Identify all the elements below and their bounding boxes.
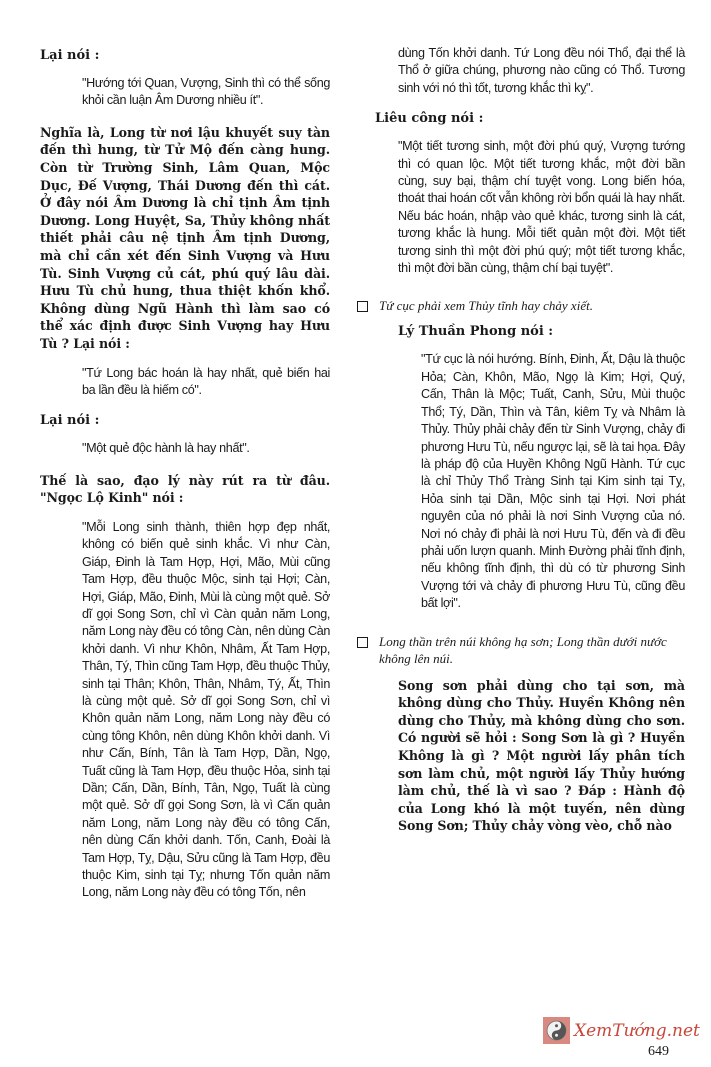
body-paragraph: Thế là sao, đạo lý này rút ra từ đâu. "N… [40,472,330,507]
quote-block: "Tứ Long bác hoán là hay nhất, quẻ biến … [82,365,330,400]
quote-block: "Một tiết tương sinh, một đời phú quý, V… [398,138,685,277]
heading-lai-noi-2: Lại nói : [40,413,330,428]
page-number: 649 [648,1044,669,1060]
left-column: Lại nói : "Hướng tới Quan, Vượng, Sinh t… [40,48,330,902]
section-bullet: Tứ cục phải xem Thủy tĩnh hay chảy xiết. [357,297,685,314]
heading-lai-noi-1: Lại nói : [40,48,330,63]
quote-block: "Một quẻ độc hành là hay nhất". [82,440,330,457]
yin-yang-icon [543,1017,570,1044]
book-page: Lại nói : "Hướng tới Quan, Vượng, Sinh t… [0,0,711,1067]
watermark: XemTướng.net [543,1017,700,1044]
body-paragraph: Song sơn phải dùng cho tại sơn, mà không… [398,677,685,835]
quote-block: "Hướng tới Quan, Vượng, Sinh thì có thể … [82,75,330,110]
section-title: Long thần trên núi không hạ sơn; Long th… [379,633,685,667]
quote-block: "Tứ cục là nói hướng. Bính, Đinh, Ất, Dậ… [421,351,685,612]
section-bullet: Long thần trên núi không hạ sơn; Long th… [357,633,685,667]
quote-continuation: dùng Tốn khởi danh. Tứ Long đều nói Thổ,… [398,45,685,97]
heading-lieu-cong-noi: Liêu công nói : [375,111,685,126]
square-bullet-icon [357,637,368,648]
right-column: dùng Tốn khởi danh. Tứ Long đều nói Thổ,… [375,45,685,847]
section-title: Tứ cục phải xem Thủy tĩnh hay chảy xiết. [379,297,593,314]
body-paragraph: Nghĩa là, Long từ nơi lậu khuyết suy tàn… [40,124,330,353]
heading-ly-thuan-phong: Lý Thuần Phong nói : [398,324,685,339]
quote-block-ngoc-lo-kinh: "Mỗi Long sinh thành, thiên hợp đẹp nhất… [82,519,330,902]
square-bullet-icon [357,301,368,312]
watermark-text: XemTướng.net [574,1021,700,1041]
